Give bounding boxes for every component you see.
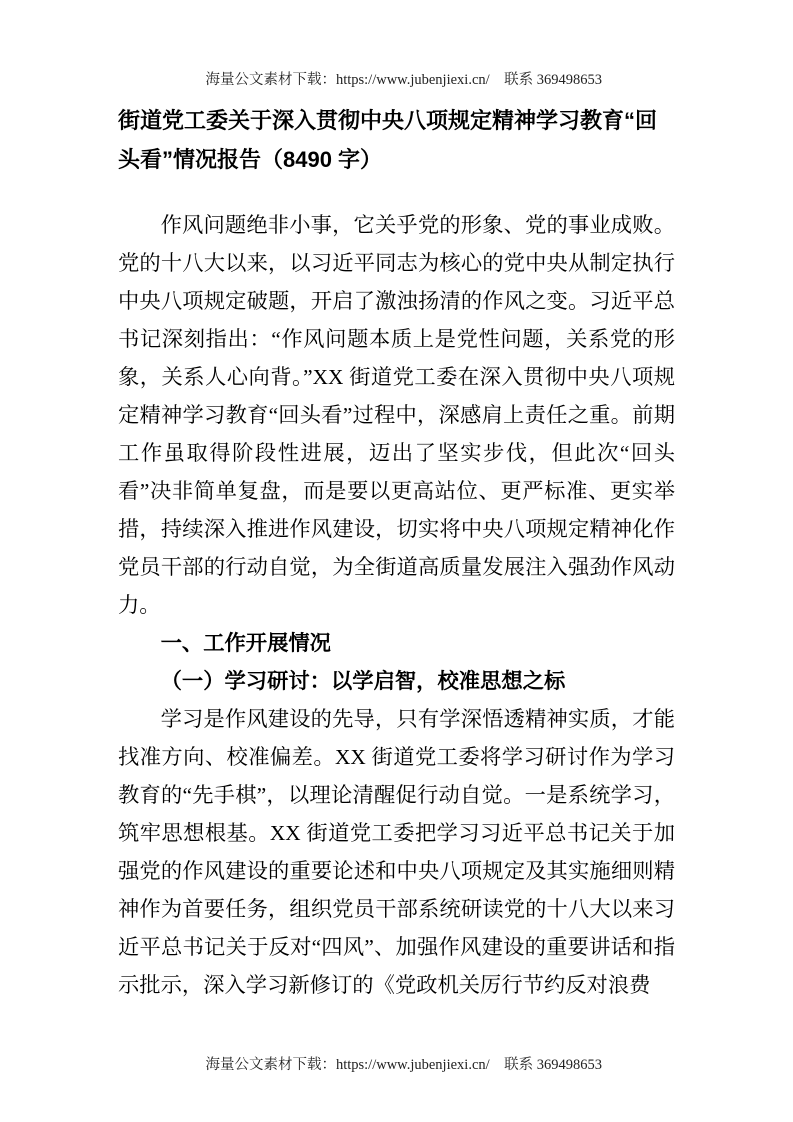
subsection-heading-study-discussion: （一）学习研讨：以学启智，校准思想之标 [118, 662, 675, 700]
document-page: 海量公文素材下载：https://www.jubenjiexi.cn/ 联系 3… [0, 0, 793, 1122]
section-heading-work-progress: 一、工作开展情况 [118, 624, 675, 662]
footer-watermark-text: 海量公文素材下载：https://www.jubenjiexi.cn/ 联系 3… [205, 1057, 602, 1073]
paragraph-study: 学习是作风建设的先导，只有学深悟透精神实质，才能找准方向、校准偏差。XX 街道党… [118, 700, 675, 1004]
document-title: 街道党工委关于深入贯彻中央八项规定精神学习教育“回头看”情况报告（8490 字） [118, 101, 675, 179]
paragraph-intro: 作风问题绝非小事，它关乎党的形象、党的事业成败。党的十八大以来，以习近平同志为核… [118, 206, 675, 624]
page-header: 海量公文素材下载：https://www.jubenjiexi.cn/ 联系 3… [0, 53, 793, 107]
document-body: 作风问题绝非小事，它关乎党的形象、党的事业成败。党的十八大以来，以习近平同志为核… [118, 206, 675, 1026]
page-footer: 海量公文素材下载：https://www.jubenjiexi.cn/ 联系 3… [0, 1038, 793, 1092]
header-watermark-text: 海量公文素材下载：https://www.jubenjiexi.cn/ 联系 3… [205, 72, 602, 88]
